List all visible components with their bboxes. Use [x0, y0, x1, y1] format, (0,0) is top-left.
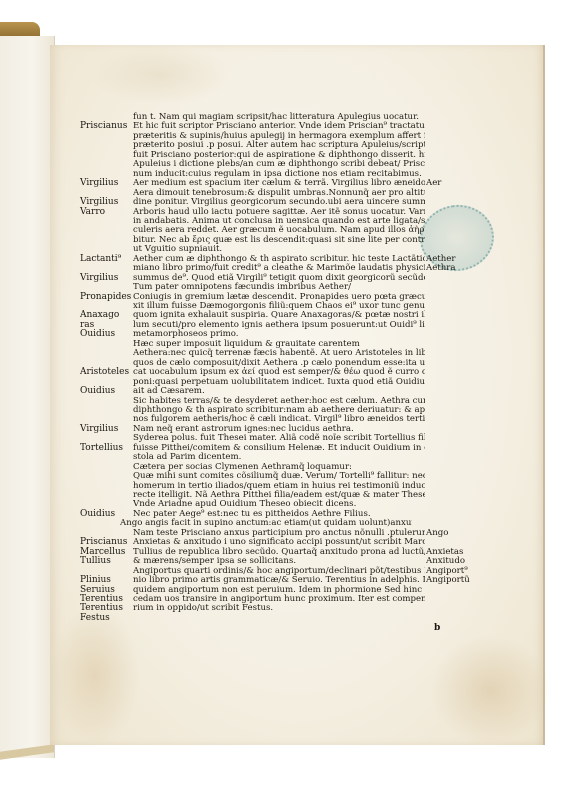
- margin-note-left: Priscianus: [80, 121, 127, 132]
- margin-note-left: Virgilius: [80, 273, 118, 284]
- margin-note-right: Aethra: [426, 263, 456, 274]
- margin-note-left: Virgilius: [80, 424, 118, 435]
- margin-note-left: Pronapides: [80, 292, 131, 303]
- margin-note-left: Virgilius: [80, 178, 118, 189]
- margin-note-right: Aer: [426, 178, 441, 189]
- signature-mark: b: [434, 623, 440, 633]
- margin-note-left: Ouidius: [80, 329, 115, 340]
- margin-note-left: Tortellius: [80, 443, 123, 454]
- margin-note-left: Lactanti⁹: [80, 254, 121, 265]
- margin-note-left: Festus: [80, 613, 110, 624]
- margin-note-left: Aristoteles: [80, 367, 129, 378]
- margin-note-left: Ouidius: [80, 509, 115, 520]
- margin-note-right: Angiportũ: [426, 575, 470, 586]
- page-text: fun t. Nam qui magiam scripsit/hac litte…: [0, 0, 586, 800]
- margin-note-left: Tullius: [80, 556, 111, 567]
- margin-note-right: Ango: [426, 528, 448, 539]
- text-line: rium in oppido/ut scribit Festus.: [133, 603, 425, 614]
- margin-note-left: Ouidius: [80, 386, 115, 397]
- margin-note-left: Varro: [80, 207, 105, 218]
